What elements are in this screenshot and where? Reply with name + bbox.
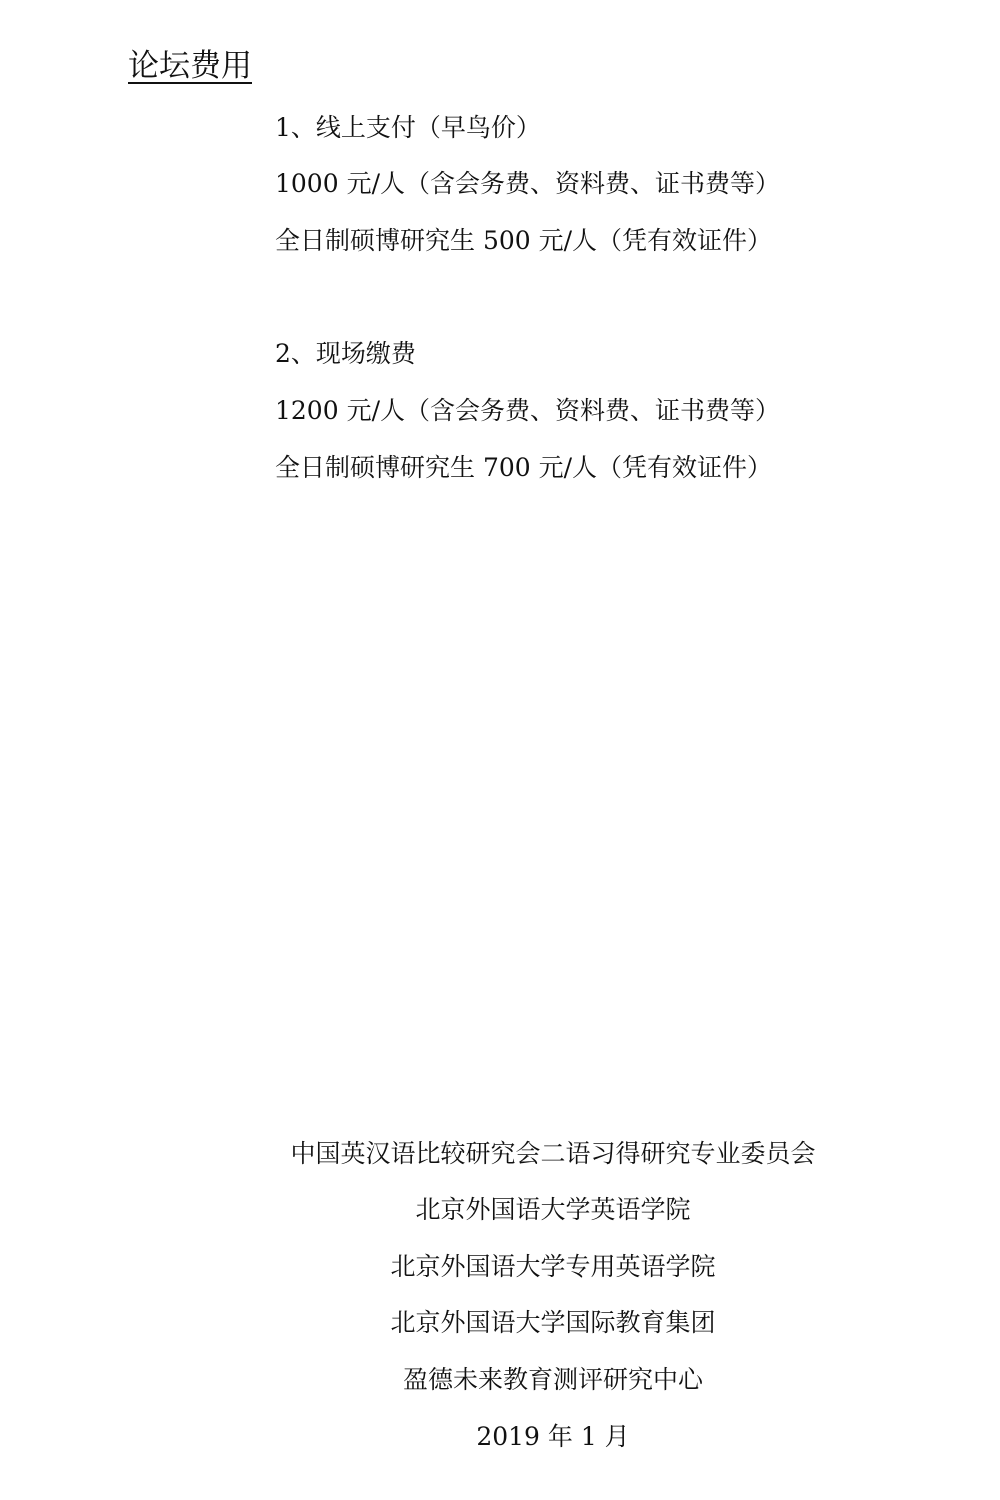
- section-heading-forum-fees: 论坛费用: [128, 44, 252, 88]
- organizer-1: 中国英汉语比较研究会二语习得研究专业委员会: [0, 1136, 1000, 1172]
- document-page: 论坛费用 1、线上支付（早鸟价） 1000 元/人（含会务费、资料费、证书费等）…: [0, 0, 1000, 1500]
- signature-date: 2019 年 1 月: [0, 1419, 1000, 1455]
- organizer-2: 北京外国语大学英语学院: [0, 1192, 1000, 1228]
- fee-line-onsite-student: 全日制硕博研究生 700 元/人（凭有效证件）: [275, 450, 772, 486]
- fee-line-online-standard: 1000 元/人（含会务费、资料费、证书费等）: [275, 166, 780, 202]
- organizer-4: 北京外国语大学国际教育集团: [0, 1305, 1000, 1341]
- organizer-5: 盈德未来教育测评研究中心: [0, 1362, 1000, 1398]
- fee-line-online-student: 全日制硕博研究生 500 元/人（凭有效证件）: [275, 223, 772, 259]
- fee-line-onsite-standard: 1200 元/人（含会务费、资料费、证书费等）: [275, 393, 780, 429]
- fee-section-title-onsite: 2、现场缴费: [275, 336, 416, 372]
- organizer-3: 北京外国语大学专用英语学院: [0, 1249, 1000, 1285]
- fee-section-title-online: 1、线上支付（早鸟价）: [275, 110, 541, 146]
